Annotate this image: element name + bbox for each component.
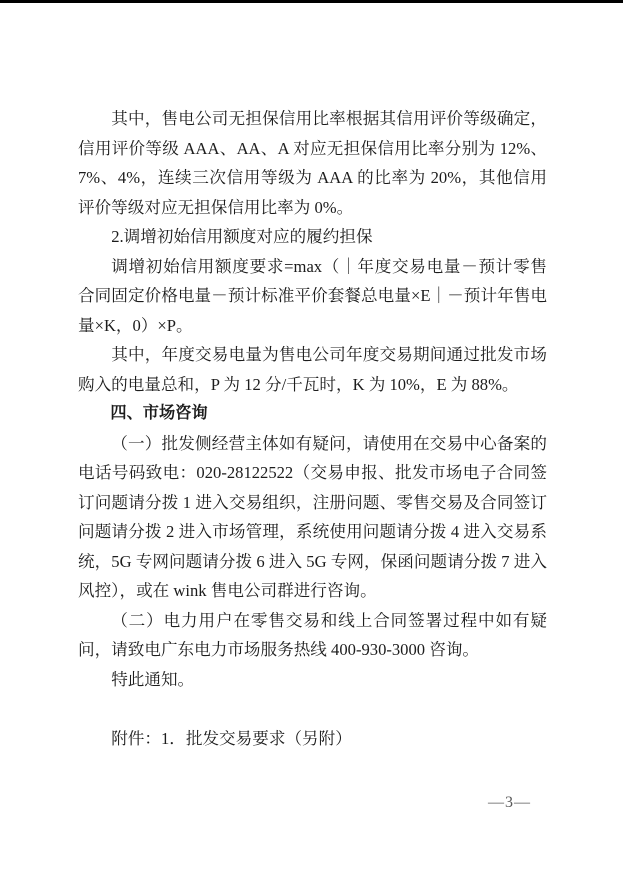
paragraph-notice-closing: 特此通知。: [78, 665, 547, 695]
page-number: —3—: [488, 794, 531, 812]
paragraph-subheading-credit-increase: 2.调增初始信用额度对应的履约担保: [78, 222, 547, 252]
paragraph-attachment-list: 附件：1．批发交易要求（另附）: [78, 724, 547, 754]
scan-edge-artifact: [0, 0, 623, 3]
section-heading-market-consultation: 四、市场咨询: [78, 399, 547, 429]
paragraph-credit-ratio: 其中，售电公司无担保信用比率根据其信用评价等级确定，信用评价等级 AAA、AA、…: [78, 104, 547, 222]
paragraph-formula-definitions: 其中，年度交易电量为售电公司年度交易期间通过批发市场购入的电量总和，P 为 12…: [78, 340, 547, 399]
document-page: 其中，售电公司无担保信用比率根据其信用评价等级确定，信用评价等级 AAA、AA、…: [0, 0, 623, 882]
paragraph-wholesale-contact: （一）批发侧经营主体如有疑问，请使用在交易中心备案的电话号码致电：020-281…: [78, 429, 547, 606]
document-content: 其中，售电公司无担保信用比率根据其信用评价等级确定，信用评价等级 AAA、AA、…: [78, 104, 547, 753]
paragraph-retail-contact: （二）电力用户在零售交易和线上合同签署过程中如有疑问，请致电广东电力市场服务热线…: [78, 606, 547, 665]
paragraph-formula: 调增初始信用额度要求=max（｜年度交易电量－预计零售合同固定价格电量－预计标准…: [78, 252, 547, 341]
